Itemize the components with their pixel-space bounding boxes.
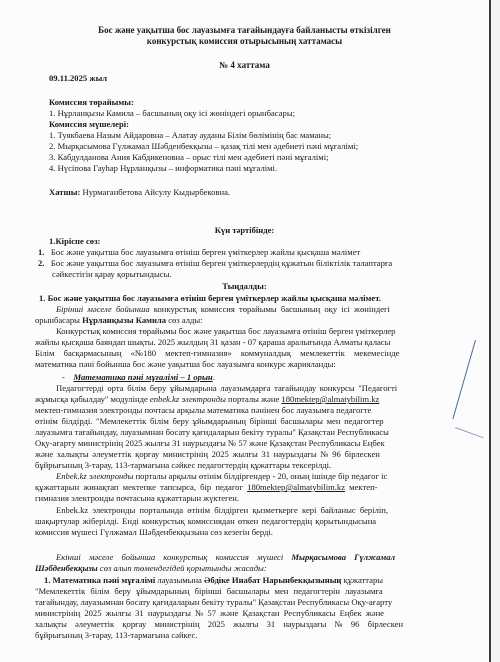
position-title: 1. Математика пәні мұғалімі <box>44 575 155 585</box>
pen-stroke-mark <box>452 340 476 419</box>
paragraph-second-issue-cont: Шәбденбекқызы сөз алып төмендегідей қоры… <box>35 563 267 574</box>
emphasis: Enbek.kz электронды <box>56 471 133 481</box>
text-run: лауазымына <box>155 575 204 585</box>
agenda-item-number: 1. <box>38 247 44 257</box>
text-run: порталы және <box>226 394 282 404</box>
speaker-name: Мырқасымова Гүлжамал <box>283 552 395 562</box>
candidate-name: Әбдіке Инабат Нарынбекқызының <box>204 575 341 585</box>
paragraph-line: комиссия мүшесі Гүлжамал Шәбденбекқызына… <box>35 527 273 538</box>
paragraph-line: Enbek.kz электронды порталында өтінім бі… <box>56 505 388 516</box>
paragraph-line: лауазымға тағайындау, лауазымнан босату … <box>35 427 389 438</box>
members-heading: Комиссия мүшелері: <box>49 119 129 130</box>
email-link[interactable]: 180mektep@almatybilim.kz <box>247 482 345 492</box>
paragraph-line: және халықты әлеуметтік қорғау министрін… <box>35 449 380 460</box>
protocol-number: № 4 хаттама <box>0 60 489 71</box>
paragraph-line: Педагогтерді орта білім беру ұйымдарына … <box>56 383 397 394</box>
paragraph-second-issue: Екінші мәселе бойынша конкурстық комисси… <box>56 552 395 563</box>
chair-heading: Комиссия төрайымы: <box>49 97 134 108</box>
agenda-item-continuation: сәйкестігін қарау қорытындысы. <box>52 269 172 280</box>
bullet-dash: - <box>62 372 65 382</box>
text-run: құжаттарын жинақтап мектепке тапсырса, б… <box>35 482 247 492</box>
paragraph-line: Конкурстық комиссия төрайымы бос және уа… <box>56 326 395 337</box>
conclusion-item: 1. Математика пәні мұғалімі лауазымына Ә… <box>44 575 383 586</box>
member-item: 1. Туякбаева Назым Айдаровна – Алатау ау… <box>49 130 331 141</box>
secretary-name: Нурмаганбетова Айсулу Кыдырбековна. <box>80 187 230 197</box>
paragraph-line: шақыртулар жіберілді. Енді конкурстық ко… <box>35 516 376 527</box>
agenda-heading: Күн тәртібінде: <box>0 225 489 236</box>
text-run: құжаттары <box>341 575 383 585</box>
agenda-item-number: 2. <box>38 258 44 268</box>
paragraph-line: өтінім білдірді. "Мемлекеттік білім беру… <box>35 416 384 427</box>
protocol-date: 09.11.2025 жыл <box>49 73 107 84</box>
text-run: конкурстық комиссия төрайымы басшының оқ… <box>150 304 390 314</box>
pen-stroke-mark <box>455 427 484 438</box>
paragraph-first-issue-cont: орынбасары Нұрланқызы Камила сөз алды: <box>35 315 203 326</box>
text-run: мектеп- <box>345 482 378 492</box>
paragraph-line: жайлы қысқаша баяндап шықты. 2025 жылдың… <box>35 337 390 348</box>
paragraph-line: бұйрығының 3-тарау, 113-тармағына сәйкес… <box>35 630 198 641</box>
paragraph-line: министрінің 2025 жылғы 31 наурыздағы № 5… <box>35 608 384 619</box>
paragraph-line: Білім басқармасының «№180 мектеп-гимнази… <box>35 348 399 359</box>
email-link[interactable]: 180mektep@almatybilim.kz <box>281 394 379 404</box>
member-item: 4. Нүсіпова Гауһар Нұрланқызы – информат… <box>49 163 277 174</box>
emphasis: сөз алып төмендегідей қорытынды жасады: <box>98 563 267 573</box>
paragraph-first-issue: Бірінші мәселе бойынша конкурстық комисс… <box>56 304 390 315</box>
secretary-line: Хатшы: Нурмаганбетова Айсулу Кыдырбековн… <box>49 187 230 198</box>
vacancy-title: Математика пәні мұғалімі – 1 орын <box>73 372 212 382</box>
chair-entry: 1. Нұрланқызы Камила – басшының оқу ісі … <box>49 108 295 119</box>
paragraph-line: халықты әлеуметтік қорғау министрінің 20… <box>35 619 403 630</box>
emphasis: Бірінші мәселе бойынша <box>56 304 150 314</box>
paragraph-line: "Мемлекеттік білім беру ұйымдарының бірі… <box>35 586 383 597</box>
intro-label: 1.Кіріспе сөз: <box>49 236 100 247</box>
text-run: сөз алды: <box>166 315 203 325</box>
heard-heading: Тыңдалды: <box>0 281 489 292</box>
agenda-item: 2. Бос және уақытша бос лауазымға өтініш… <box>38 258 392 269</box>
text-run: порталы арқылы өтінім білдіргендер - 20,… <box>133 471 387 481</box>
document-page: Бос және уақытша бос лауазымға тағайында… <box>0 0 489 662</box>
paragraph-line: тағайындау, лауазымнан босату қағидалары… <box>35 597 392 608</box>
member-item: 3. Кабдулданова Ания Кабдикеновна – орыс… <box>49 152 329 163</box>
agenda-item: 1. Бос және уақытша бос лауазымға өтініш… <box>38 247 360 258</box>
agenda-item-text: Бос және уақытша бос лауазымға өтініш бе… <box>51 247 360 257</box>
paragraph-line: құжаттарын жинақтап мектепке тапсырса, б… <box>35 482 378 493</box>
paragraph-line: Enbek.kz электронды порталы арқылы өтіні… <box>56 471 387 482</box>
document-title-line2: конкурстық комиссия отырысының хаттамасы <box>0 36 489 47</box>
emphasis: Екінші мәселе бойынша конкурстық комисси… <box>56 552 283 562</box>
document-title-line1: Бос және уақытша бос лауазымға тағайында… <box>0 25 489 36</box>
heard-item: 1. Бос және уақытша бос лауазымға өтініш… <box>39 293 381 304</box>
vacancy-line: - Математика пәні мұғалімі – 1 орын. <box>62 372 215 383</box>
speaker-name: Шәбденбекқызы <box>35 563 98 573</box>
text-run: орынбасары <box>35 315 82 325</box>
scroll-gutter <box>491 0 500 662</box>
paragraph-line: бұйрығының 3-тарау, 113-тармағына сәйкес… <box>35 460 331 471</box>
secretary-label: Хатшы: <box>49 187 80 197</box>
paragraph-line: Оқу-ағарту министрінің 2025 жылғы 31 нау… <box>35 438 385 449</box>
paragraph-line: жұмысқа қабылдау" модулінде enbek.kz эле… <box>35 394 379 405</box>
emphasis: enbek.kz электронды <box>150 394 226 404</box>
paragraph-line: мектеп-гимназия электронды почтасы арқыл… <box>35 405 371 416</box>
text-run: жұмысқа қабылдау" модулінде <box>35 394 150 404</box>
agenda-item-text: Бос және уақытша бос лауазымға өтініш бе… <box>51 258 392 268</box>
paragraph-line: математика пәні бойынша бос және уақытша… <box>35 359 336 370</box>
speaker-name: Нұрланқызы Камила <box>82 315 166 325</box>
member-item: 2. Мырқасымова Гүлжамал Шәбденбекқызы – … <box>49 141 358 152</box>
text-run: . <box>213 372 215 382</box>
paragraph-line: гимназия электронды почтасына құжаттарын… <box>35 493 239 504</box>
